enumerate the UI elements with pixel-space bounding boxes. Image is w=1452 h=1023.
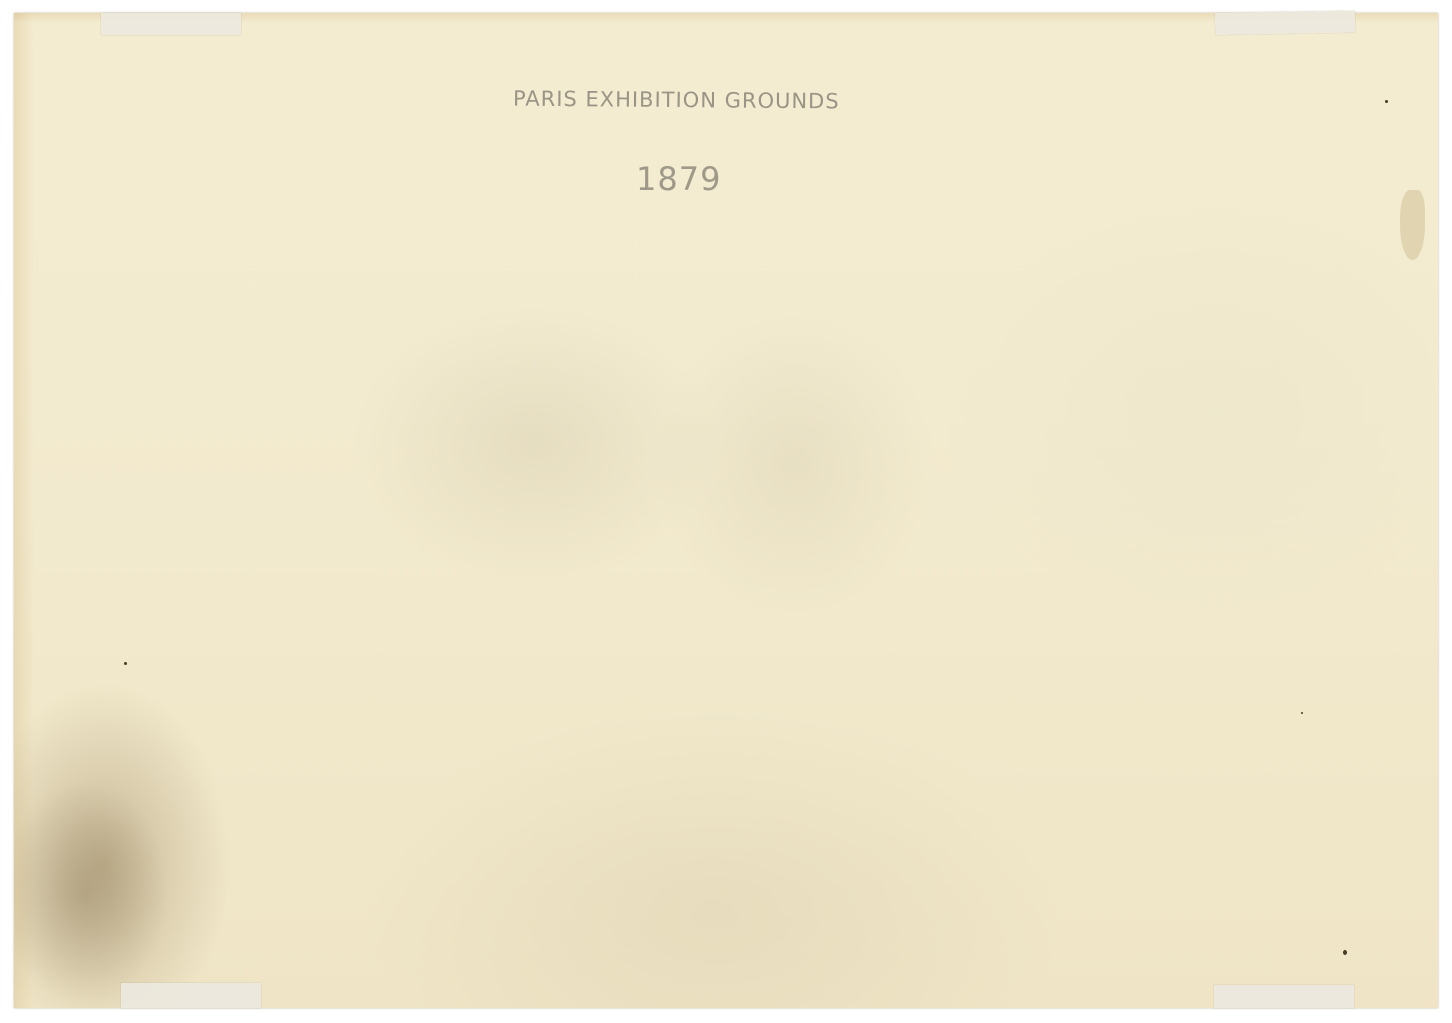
tape-strip-top-left: [101, 13, 241, 35]
tape-strip-top-right: [1215, 11, 1355, 35]
water-stain: [1400, 190, 1425, 260]
speck: [1301, 712, 1303, 714]
scanned-document: PARIS EXHIBITION GROUNDS 1879: [0, 0, 1452, 1023]
tape-strip-bottom-left: [121, 983, 261, 1008]
handwritten-year: 1879: [636, 160, 721, 198]
tape-strip-bottom-right: [1214, 985, 1354, 1008]
speck: [1385, 100, 1388, 103]
photo-mount-verso: [14, 13, 1438, 1008]
speck: [1343, 950, 1347, 955]
speck: [124, 662, 127, 665]
handwritten-title: PARIS EXHIBITION GROUNDS: [513, 87, 840, 114]
